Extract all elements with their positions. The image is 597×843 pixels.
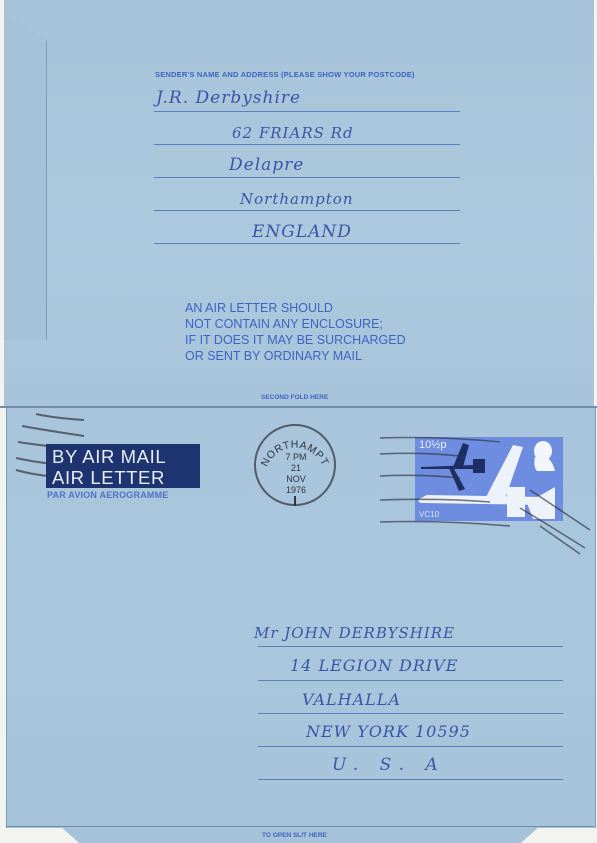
address-rule [154,177,460,178]
address-rule [258,680,563,681]
enclosure-notice: AN AIR LETTER SHOULD NOT CONTAIN ANY ENC… [185,300,406,364]
address-rule [154,111,460,112]
sender-line-town: Northampton [240,190,354,208]
slit-label[interactable]: TO OPEN SLIT HERE [262,832,327,839]
address-rule [258,713,563,714]
recipient-line-town: VALHALLA [302,690,401,709]
slit-line [6,826,594,827]
postmark: NORTHAMPTON 7 PM 21 NOV 1976 [252,422,338,508]
postmark-year: 1976 [282,485,310,496]
address-rule [154,243,460,244]
postmark-date: 21 NOV [282,463,310,485]
notice-line: NOT CONTAIN ANY ENCLOSURE; [185,316,406,332]
sender-line-street: 62 FRIARS Rd [232,124,354,142]
notice-line: AN AIR LETTER SHOULD [185,300,406,316]
notice-line: OR SENT BY ORDINARY MAIL [185,348,406,364]
top-panel: SENDER'S NAME AND ADDRESS (PLEASE SHOW Y… [4,0,594,408]
second-fold-label: SECOND FOLD HERE [261,394,328,401]
side-flap [4,0,47,340]
sender-line-country: ENGLAND [252,222,352,242]
airmail-line: BY AIR MAIL [52,446,200,467]
stamp-cancellation-icon [380,430,597,560]
airletter-line: AIR LETTER [52,467,200,488]
address-rule [258,646,563,647]
address-rule [258,746,563,747]
par-avion-label: PAR AVION AEROGRAMME [47,490,169,500]
address-rule [154,144,460,145]
notice-line: IF IT DOES IT MAY BE SURCHARGED [185,332,406,348]
airmail-label-box: BY AIR MAIL AIR LETTER [46,444,200,488]
address-rule [258,779,563,780]
recipient-line-name: Mr JOHN DERBYSHIRE [254,624,455,642]
recipient-line-state: NEW YORK 10595 [306,722,471,741]
sender-line-district: Delapre [229,155,304,175]
recipient-line-street: 14 LEGION DRIVE [290,656,458,675]
address-rule [154,210,460,211]
recipient-line-country: U. S. A [332,755,446,775]
postmark-time: 7 PM [282,452,310,463]
postmark-details: 7 PM 21 NOV 1976 [282,452,310,496]
sender-line-name: J.R. Derbyshire [156,88,301,108]
sender-label: SENDER'S NAME AND ADDRESS (PLEASE SHOW Y… [155,70,415,79]
